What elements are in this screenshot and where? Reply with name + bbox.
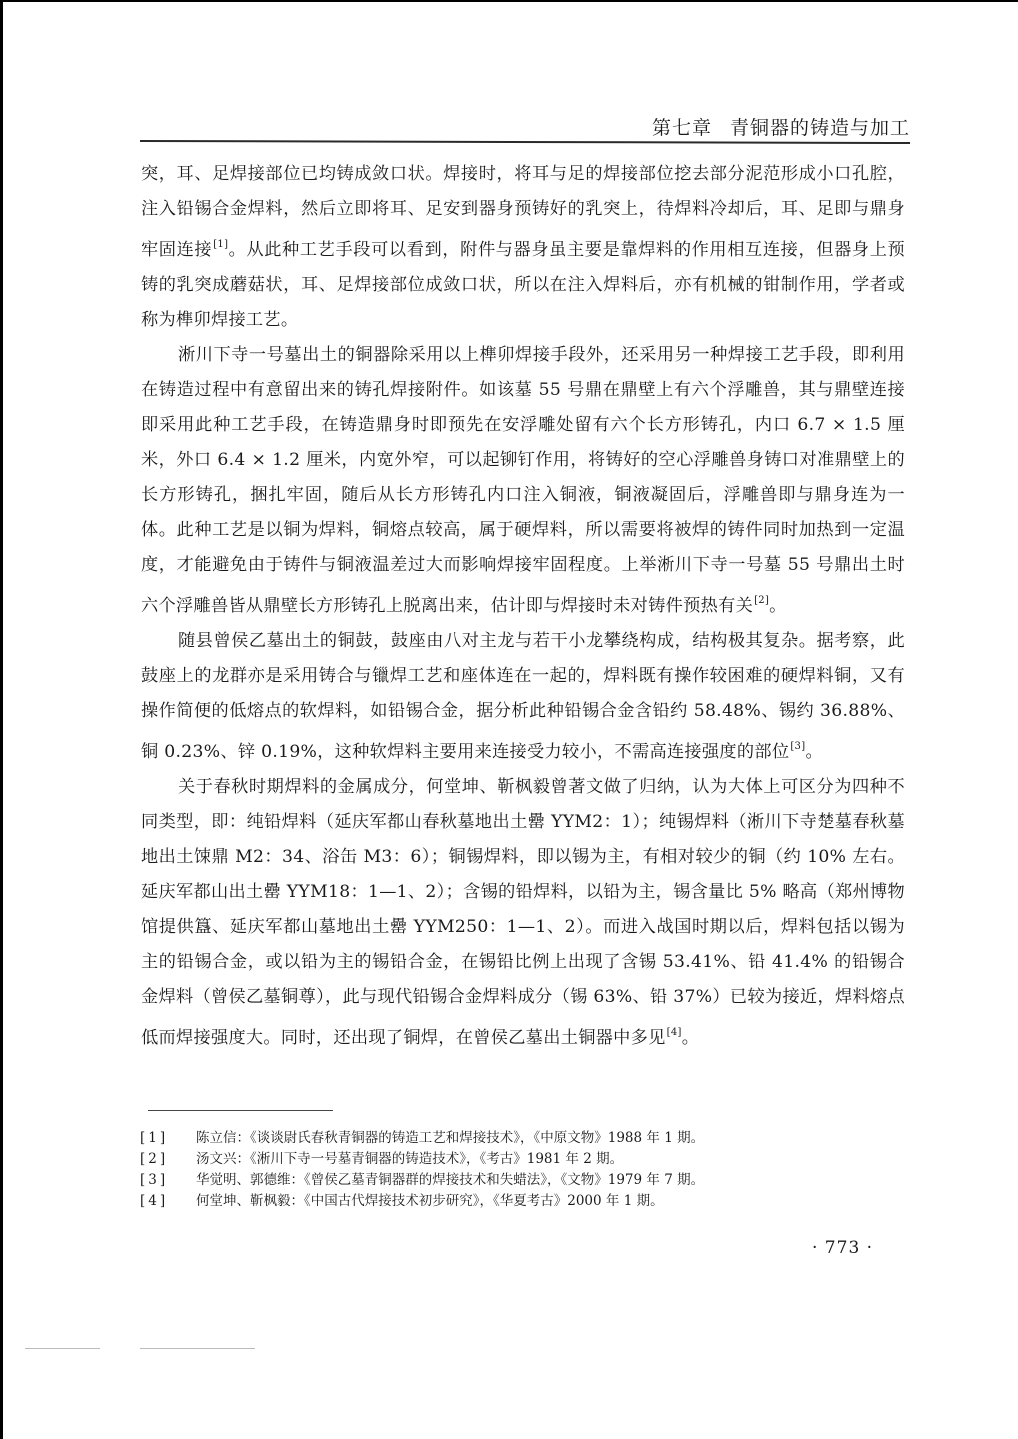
scan-artifact bbox=[25, 1348, 100, 1349]
paragraph-text: 淅川下寺一号墓出土的铜器除采用以上榫卯焊接手段外，还采用另一种焊接工艺手段，即利… bbox=[141, 345, 905, 616]
footnote: [2]汤文兴：《淅川下寺一号墓青铜器的铸造技术》，《考古》1981 年 2 期。 bbox=[140, 1149, 900, 1170]
paragraph: 随县曾侯乙墓出土的铜鼓，鼓座由八对主龙与若干小龙攀绕构成，结构极其复杂。据考察，… bbox=[141, 624, 905, 770]
paragraph-text: 关于春秋时期焊料的金属成分，何堂坤、靳枫毅曾著文做了归纳，认为大体上可区分为四种… bbox=[141, 777, 905, 1048]
footnote-rule bbox=[148, 1110, 333, 1111]
running-head: 第七章青铜器的铸造与加工 bbox=[600, 113, 910, 140]
scan-border-top bbox=[0, 0, 1018, 2]
footnote-ref: [2] bbox=[754, 595, 769, 606]
footnote-number: [3] bbox=[140, 1170, 196, 1191]
page-number: · 773 · bbox=[812, 1238, 873, 1258]
chapter-title: 青铜器的铸造与加工 bbox=[730, 117, 910, 139]
footnote: [4]何堂坤、靳枫毅：《中国古代焊接技术初步研究》，《华夏考古》2000 年 1… bbox=[140, 1191, 900, 1212]
footnote: [3]华觉明、郭德维：《曾侯乙墓青铜器群的焊接技术和失蜡法》，《文物》1979 … bbox=[140, 1170, 900, 1191]
scan-border-left bbox=[0, 0, 3, 1439]
footnote-number: [1] bbox=[140, 1128, 196, 1149]
chapter-number: 第七章 bbox=[652, 117, 712, 139]
scan-artifact bbox=[140, 1348, 255, 1349]
footnotes: [1]陈立信：《谈谈尉氏春秋青铜器的铸造工艺和焊接技术》，《中原文物》1988 … bbox=[140, 1128, 900, 1212]
paragraph: 突，耳、足焊接部位已均铸成敛口状。焊接时，将耳与足的焊接部位挖去部分泥范形成小口… bbox=[141, 157, 905, 338]
paragraph-text: 。 bbox=[769, 596, 787, 616]
paragraph-text: 。 bbox=[682, 1028, 700, 1048]
footnote-text: 陈立信：《谈谈尉氏春秋青铜器的铸造工艺和焊接技术》，《中原文物》1988 年 1… bbox=[196, 1128, 704, 1149]
footnote-text: 何堂坤、靳枫毅：《中国古代焊接技术初步研究》，《华夏考古》2000 年 1 期。 bbox=[196, 1191, 664, 1212]
footnote-text: 华觉明、郭德维：《曾侯乙墓青铜器群的焊接技术和失蜡法》，《文物》1979 年 7… bbox=[196, 1170, 704, 1191]
footnote-number: [2] bbox=[140, 1149, 196, 1170]
paragraph: 关于春秋时期焊料的金属成分，何堂坤、靳枫毅曾著文做了归纳，认为大体上可区分为四种… bbox=[141, 770, 905, 1056]
paragraph-text: 。从此种工艺手段可以看到，附件与器身虽主要是靠焊料的作用相互连接，但器身上预铸的… bbox=[141, 240, 905, 330]
body-text: 突，耳、足焊接部位已均铸成敛口状。焊接时，将耳与足的焊接部位挖去部分泥范形成小口… bbox=[141, 157, 905, 1056]
footnote: [1]陈立信：《谈谈尉氏春秋青铜器的铸造工艺和焊接技术》，《中原文物》1988 … bbox=[140, 1128, 900, 1149]
footnote-ref: [1] bbox=[213, 239, 228, 250]
paragraph: 淅川下寺一号墓出土的铜器除采用以上榫卯焊接手段外，还采用另一种焊接工艺手段，即利… bbox=[141, 338, 905, 624]
footnote-ref: [3] bbox=[790, 741, 805, 752]
footnote-text: 汤文兴：《淅川下寺一号墓青铜器的铸造技术》，《考古》1981 年 2 期。 bbox=[196, 1149, 623, 1170]
footnote-ref: [4] bbox=[667, 1027, 682, 1038]
header-rule bbox=[140, 140, 910, 144]
paragraph-text: 。 bbox=[805, 742, 823, 762]
footnote-number: [4] bbox=[140, 1191, 196, 1212]
